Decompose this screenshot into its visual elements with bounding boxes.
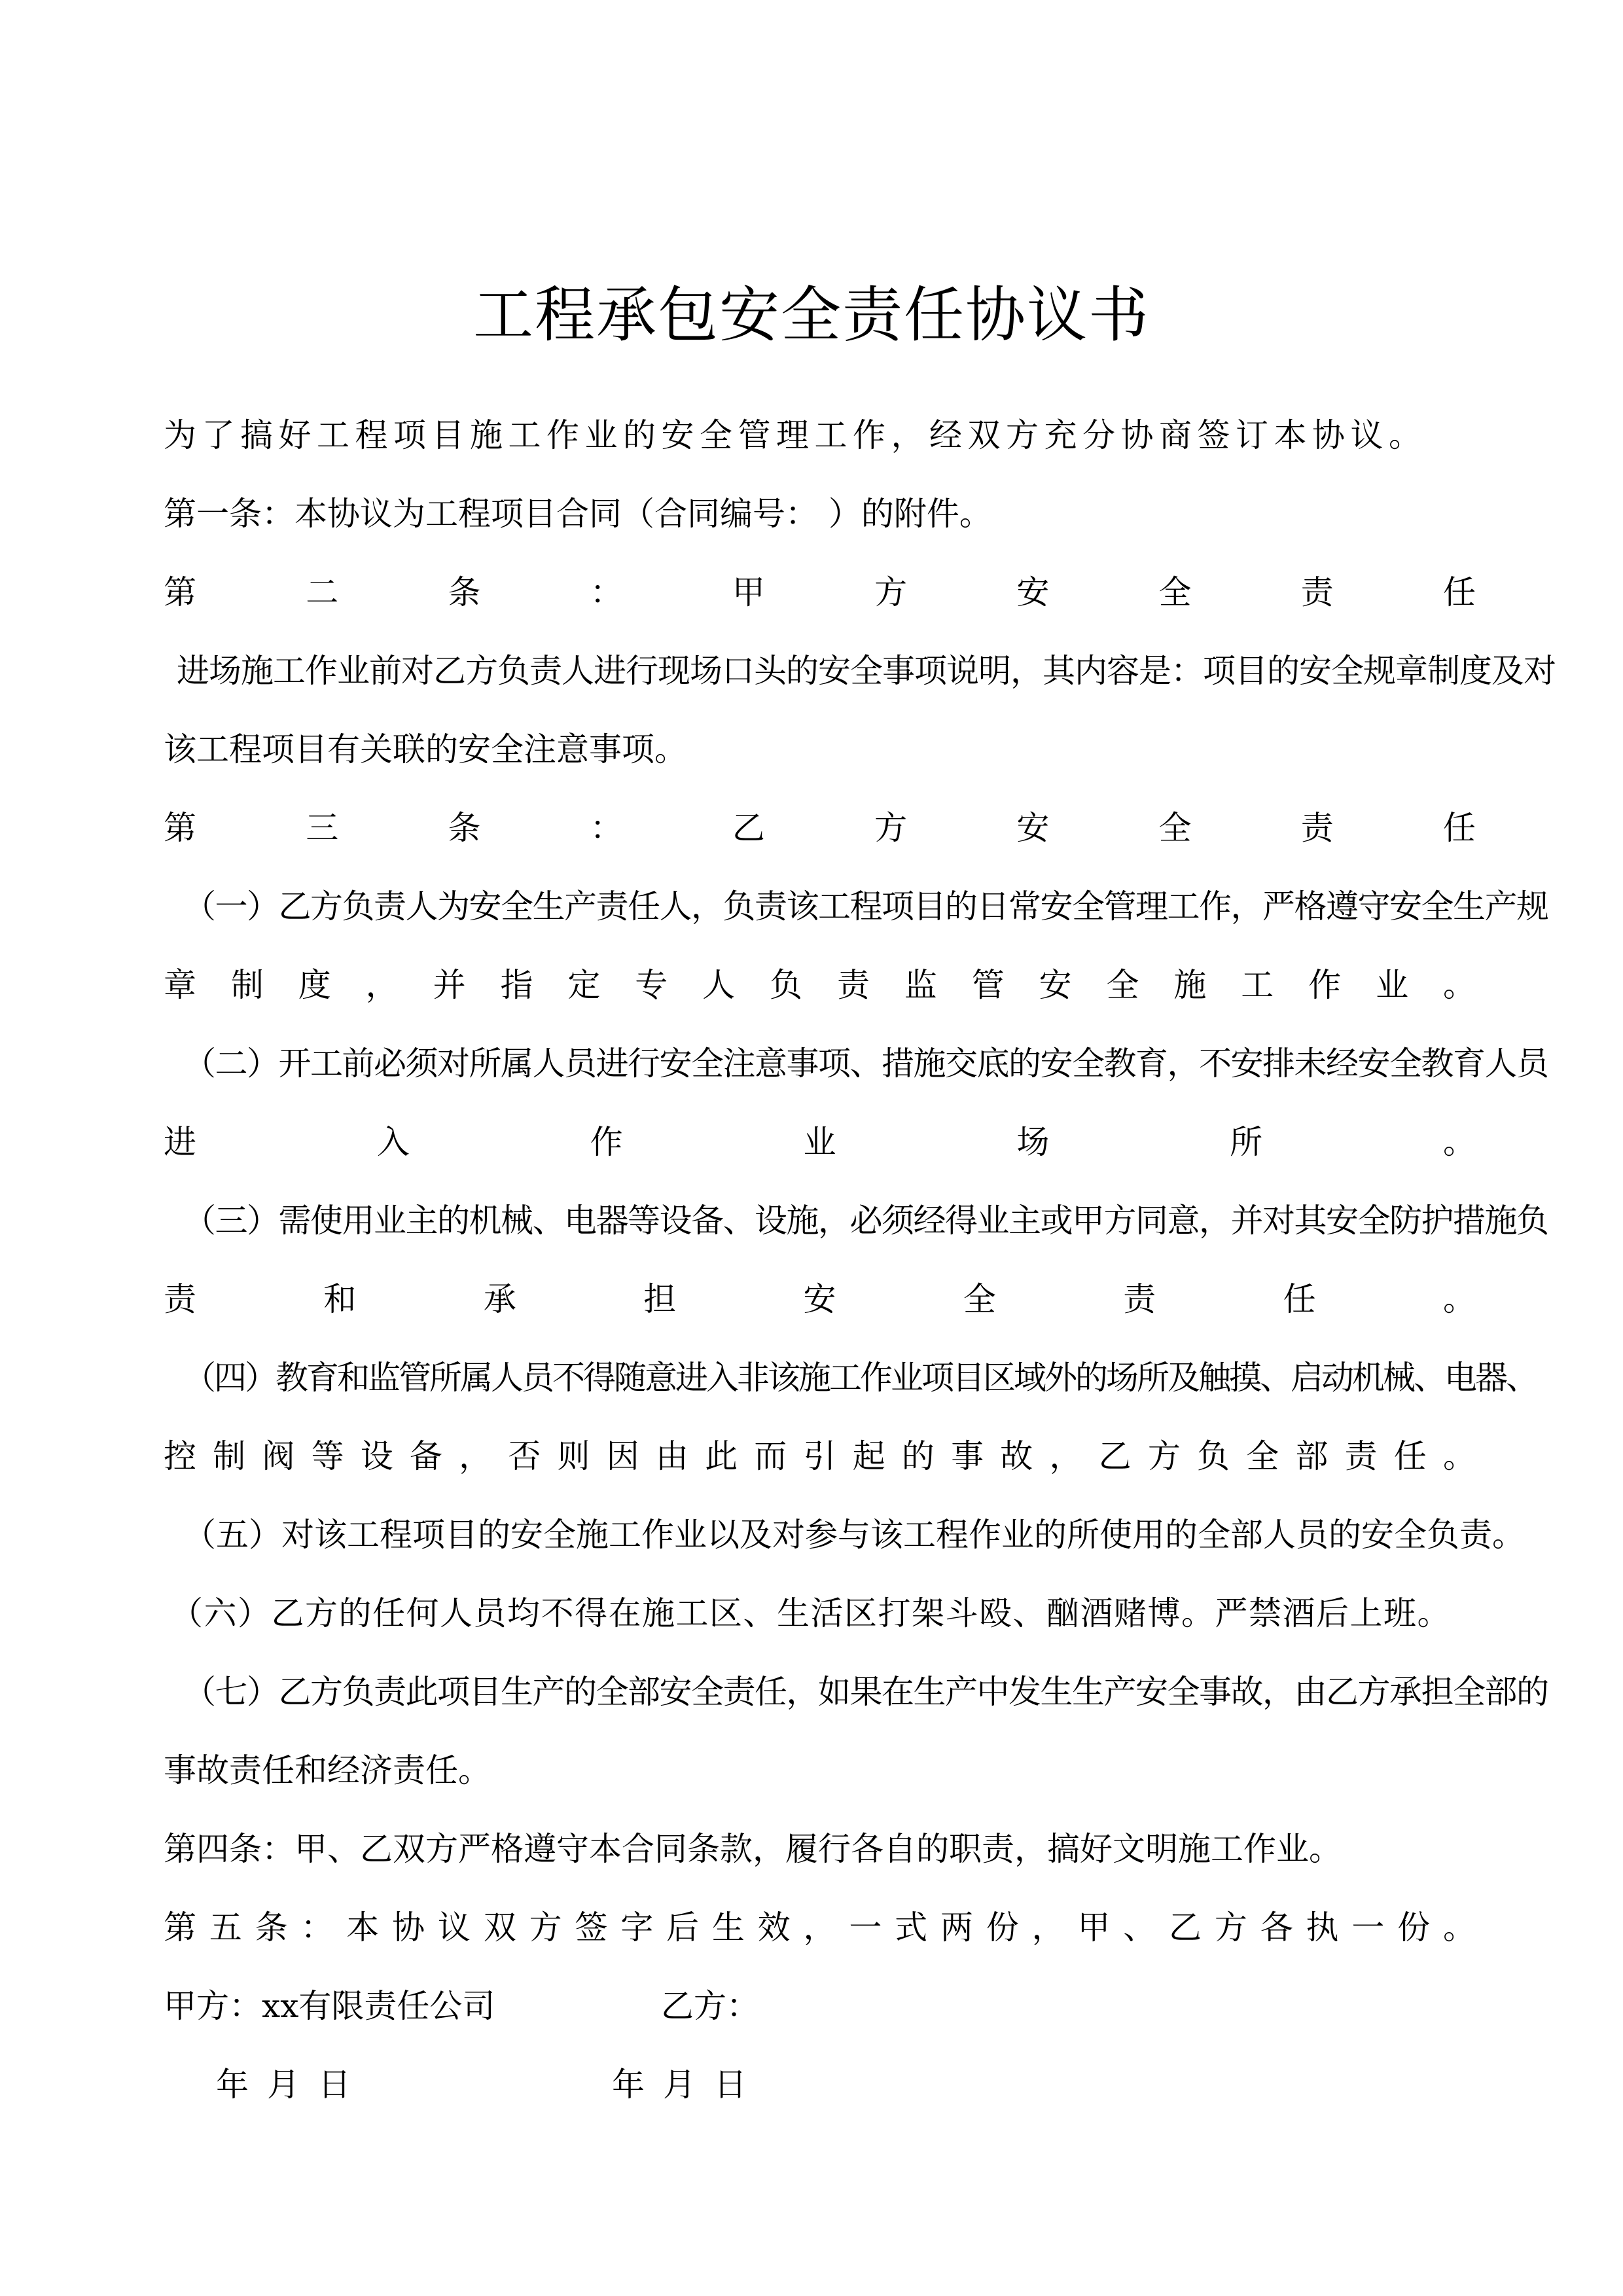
article-1: 第一条：本协议为工程项目合同（合同编号： ）的附件。 xyxy=(164,491,1476,537)
party-a-date-year: 年 xyxy=(216,2062,249,2108)
party-b-date-day: 日 xyxy=(714,2062,747,2108)
document-title: 工程承包安全责任协议书 xyxy=(0,276,1623,355)
article-3-item-4-line-2: 控 制 阀 等 设 备 ， 否 则 因 由 此 而 引 起 的 事 故 ， 乙 … xyxy=(164,1433,1476,1479)
article-3-item-6: （六）乙方的任何人员均不得在施工区、生活区打架斗殴、酗酒赌博。严禁酒后上班。 xyxy=(164,1590,1469,1636)
party-a-date: 年月日 xyxy=(216,2062,351,2108)
article-3-item-3-line-2: 责 和 承 担 安 全 责 任 。 xyxy=(164,1276,1476,1322)
party-b-date-month: 月 xyxy=(663,2062,696,2108)
party-b-date: 年月日 xyxy=(612,2062,747,2108)
article-3-item-1-line-1: （一）乙方负责人为安全生产责任人，负责该工程项目的日常安全管理工作，严格遵守安全… xyxy=(164,884,1476,929)
article-3-item-5: （五）对该工程项目的安全施工作业以及对参与该工程作业的所使用的全部人员的安全负责… xyxy=(164,1512,1476,1558)
article-3-item-2-line-1: （二）开工前必须对所属人员进行安全注意事项、措施交底的安全教育，不安排未经安全教… xyxy=(164,1041,1476,1086)
article-3-item-2-line-2: 进 入 作 业 场 所 。 xyxy=(164,1119,1476,1165)
article-3-item-3-line-1: （三）需使用业主的机械、电器等设备、设施，必须经得业主或甲方同意，并对其安全防护… xyxy=(164,1198,1476,1244)
article-2-heading: 第 二 条 ： 甲 方 安 全 责 任 xyxy=(164,569,1476,615)
party-b-signature-label: 乙方： xyxy=(661,1983,759,2029)
preamble: 为了搞好工程项目施工作业的安全管理工作，经双方充分协商签订本协议。 xyxy=(164,412,1476,458)
party-a-signature-label: 甲方：xx有限责任公司 xyxy=(164,1983,495,2029)
party-a-date-month: 月 xyxy=(267,2062,300,2108)
article-2-body-line-2: 该工程项目有关联的安全注意事项。 xyxy=(164,726,1476,772)
article-5: 第 五 条 ： 本 协 议 双 方 签 字 后 生 效 ， 一 式 两 份 ， … xyxy=(164,1905,1476,1950)
article-3-heading: 第 三 条 ： 乙 方 安 全 责 任 xyxy=(164,805,1476,851)
article-2-body-line-1: 进场施工作业前对乙方负责人进行现场口头的安全事项说明，其内容是：项目的安全规章制… xyxy=(164,648,1476,694)
party-a-date-day: 日 xyxy=(318,2062,351,2108)
document-page: 工程承包安全责任协议书 为了搞好工程项目施工作业的安全管理工作，经双方充分协商签… xyxy=(0,0,1623,2296)
article-3-item-7-line-2: 事故责任和经济责任。 xyxy=(164,1748,1476,1793)
article-4: 第四条：甲、乙双方严格遵守本合同条款，履行各自的职责，搞好文明施工作业。 xyxy=(164,1826,1476,1872)
article-3-item-1-line-2: 章 制 度 ， 并 指 定 专 人 负 责 监 管 安 全 施 工 作 业 。 xyxy=(164,962,1476,1008)
article-3-item-4-line-1: （四）教育和监管所属人员不得随意进入非该施工作业项目区域外的场所及触摸、启动机械… xyxy=(164,1355,1476,1401)
party-b-date-year: 年 xyxy=(612,2062,645,2108)
article-3-item-7-line-1: （七）乙方负责此项目生产的全部安全责任，如果在生产中发生生产安全事故，由乙方承担… xyxy=(164,1669,1476,1715)
